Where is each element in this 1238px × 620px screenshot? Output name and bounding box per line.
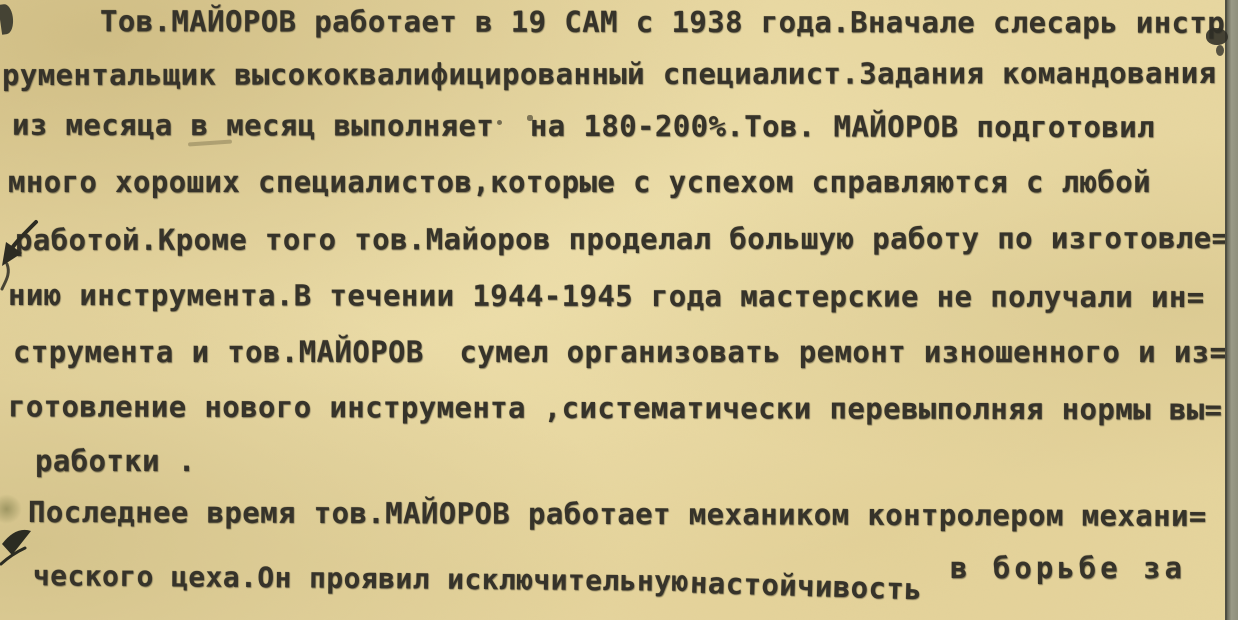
stray-ink-dot (497, 120, 502, 125)
margin-arrow-mark (0, 218, 42, 292)
text-line-11-raised-phrase: в борьбе за (950, 550, 1186, 586)
text-line-9: работки . (35, 443, 196, 479)
text-line-5: работой.Кроме того тов.Майоров проделал … (15, 220, 1230, 258)
ink-blot-tail (1216, 45, 1224, 56)
text-line-2: рументальщик высококвалифицированный спе… (2, 55, 1217, 93)
text-line-4: много хороших специалистов,которые с усп… (8, 164, 1151, 200)
text-line-10: Последнее время тов.МАЙОРОВ работает мех… (28, 494, 1207, 534)
text-line-11-sinking-word: настойчивость (690, 565, 923, 608)
text-line-6: нию инструмента.В течении 1944-1945 года… (8, 277, 1205, 315)
ink-blot-line1-end (1206, 28, 1228, 45)
scan-edge-strip (1225, 0, 1238, 620)
text-line-1: Тов.МАЙОРОВ работает в 19 САМ с 1938 год… (100, 3, 1225, 41)
text-line-7: струмента и тов.МАЙОРОВ сумел организова… (13, 334, 1227, 370)
text-line-3: из месяца в месяц выполняет на 180-200%.… (12, 107, 1155, 146)
text-line-8: готовление нового инструмента ,системати… (8, 388, 1223, 427)
text-line-11: ческого цеха.Он проявил исключительную (33, 558, 689, 599)
stray-ink-dot (527, 115, 533, 121)
margin-hook-mark (0, 518, 36, 570)
corner-ink-smudge (0, 3, 15, 35)
document-page: Тов.МАЙОРОВ работает в 19 САМ с 1938 год… (0, 0, 1238, 620)
